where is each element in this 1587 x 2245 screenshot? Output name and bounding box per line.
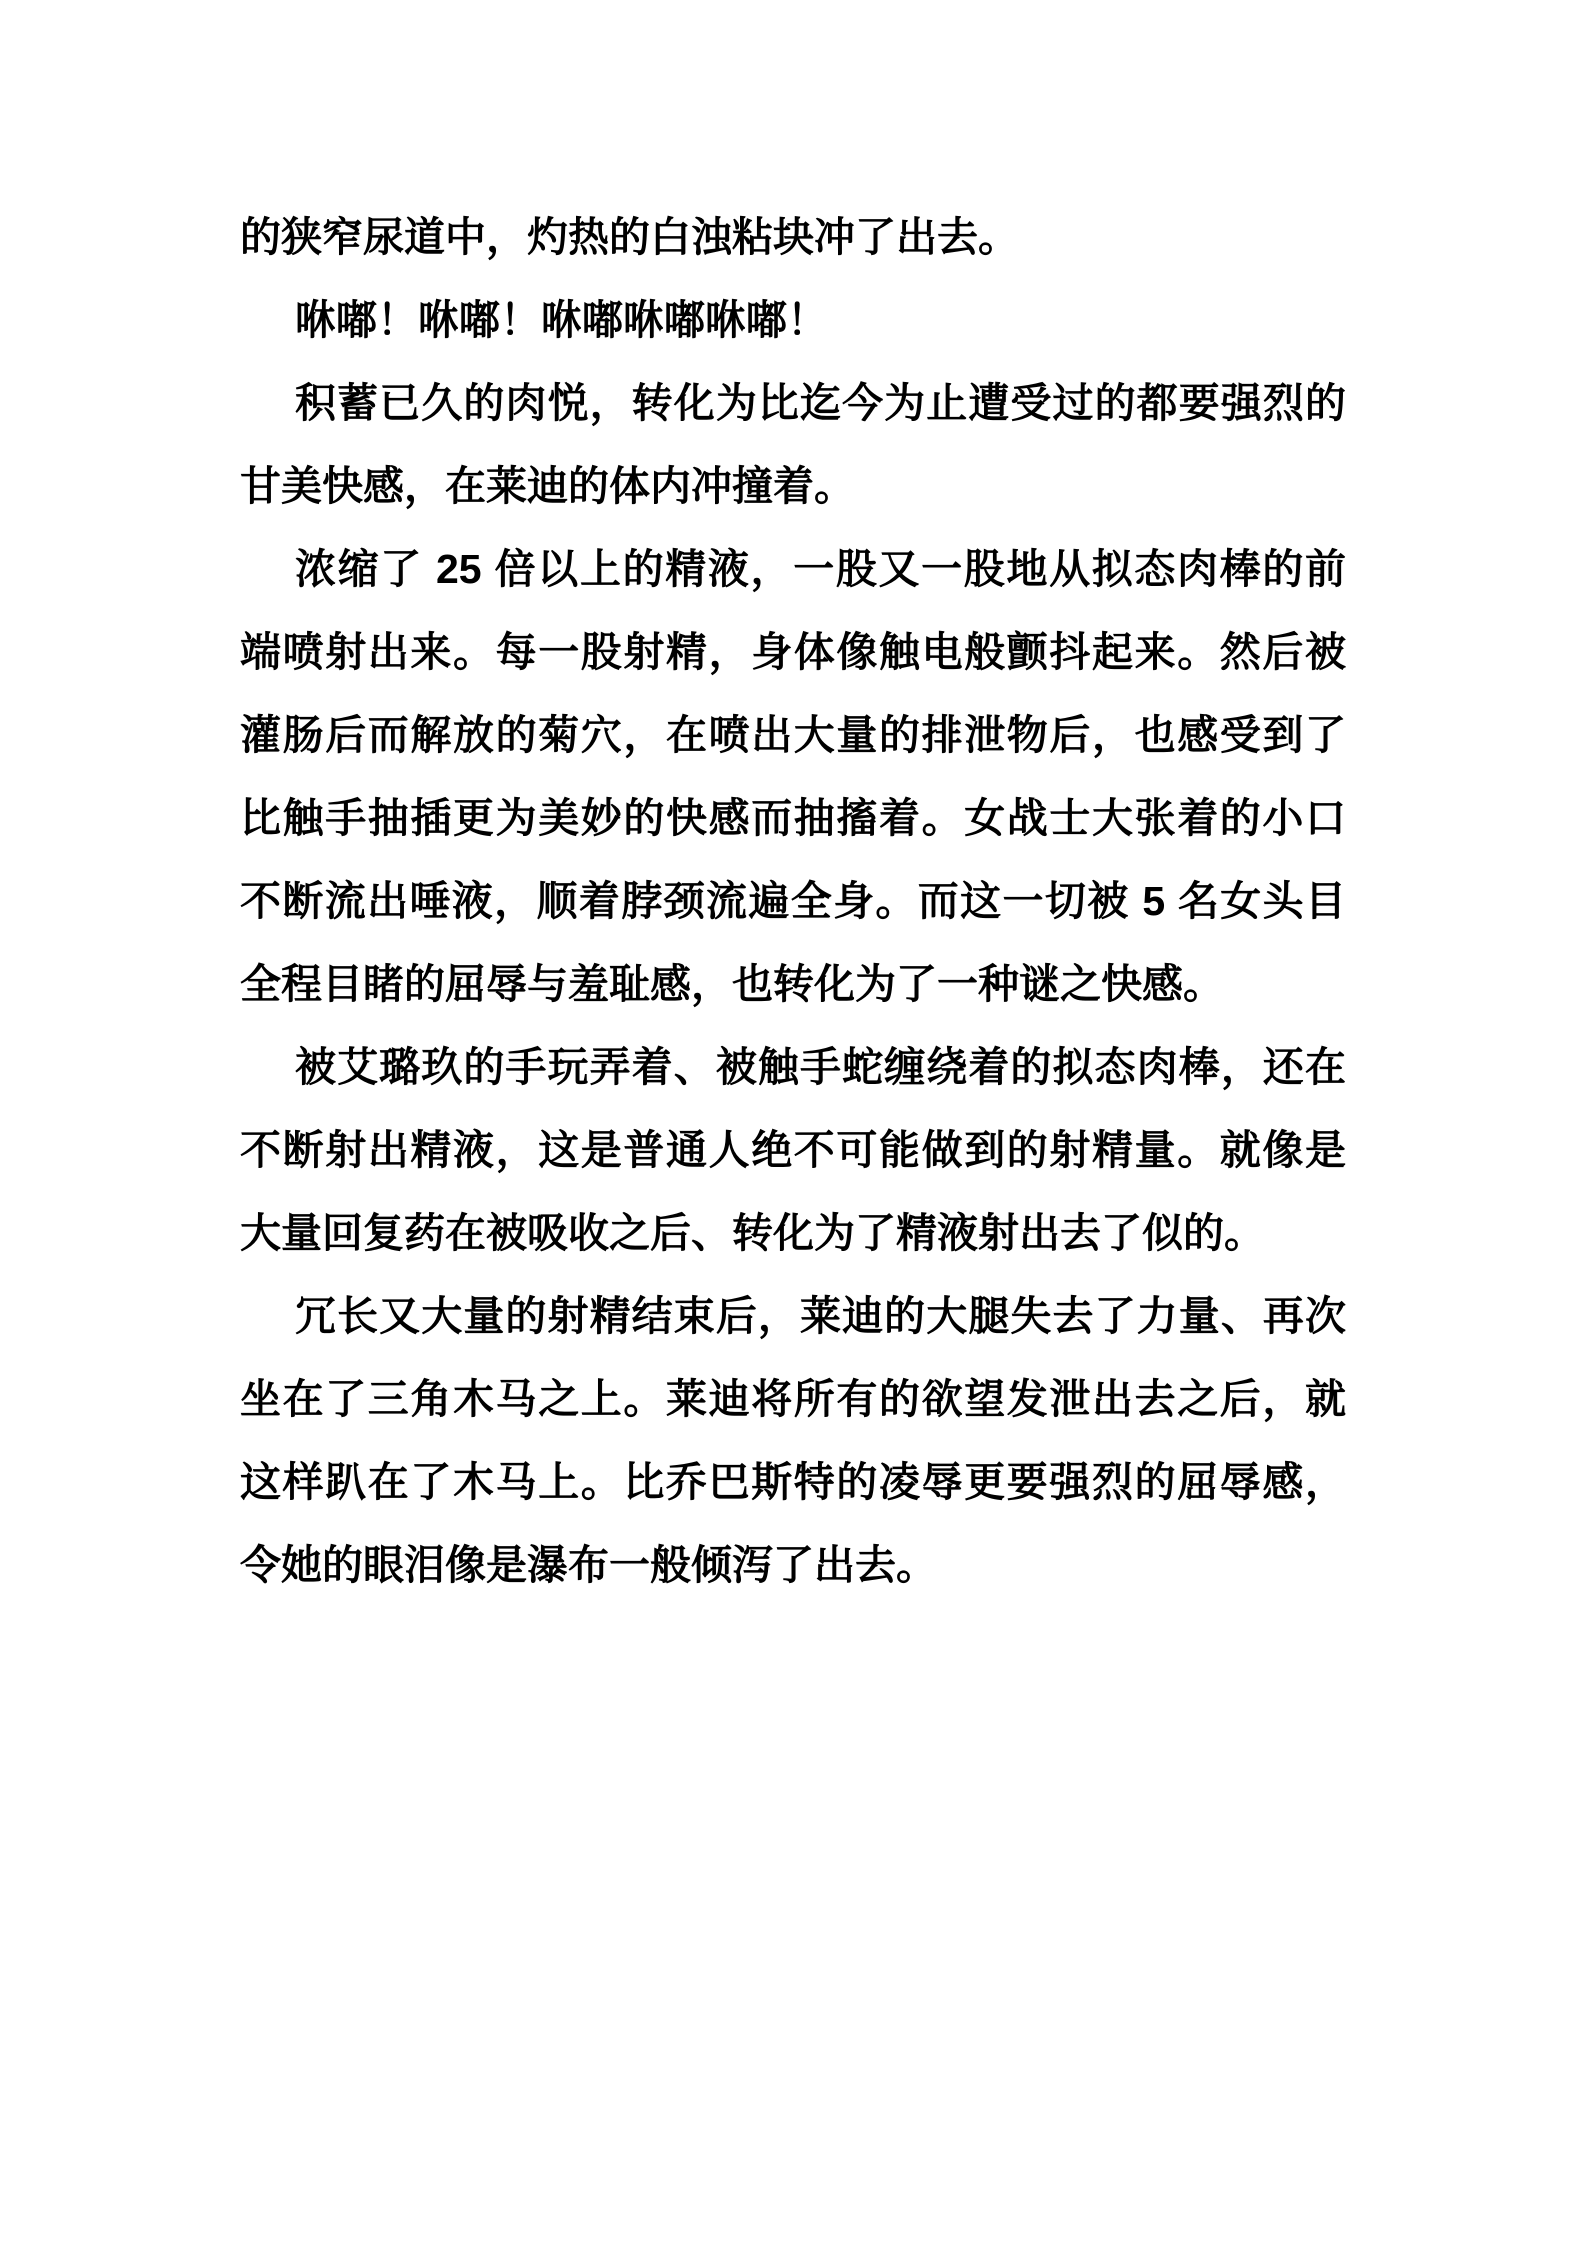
paragraph-5: 冗长又大量的射精结束后，莱迪的大腿失去了力量、再次坐在了三角木马之上。莱迪将所有… <box>240 1275 1346 1607</box>
paragraph-continuation: 的狭窄尿道中，灼热的白浊粘块冲了出去。 <box>240 196 1346 279</box>
document-text: 的狭窄尿道中，灼热的白浊粘块冲了出去。 咻嘟！咻嘟！咻嘟咻嘟咻嘟！ 积蓄已久的肉… <box>240 196 1346 1607</box>
paragraph-sfx: 咻嘟！咻嘟！咻嘟咻嘟咻嘟！ <box>240 279 1346 362</box>
document-page: 的狭窄尿道中，灼热的白浊粘块冲了出去。 咻嘟！咻嘟！咻嘟咻嘟咻嘟！ 积蓄已久的肉… <box>0 0 1587 2245</box>
paragraph-4: 被艾璐玖的手玩弄着、被触手蛇缠绕着的拟态肉棒，还在不断射出精液，这是普通人绝不可… <box>240 1026 1346 1275</box>
paragraph-2: 积蓄已久的肉悦，转化为比迄今为止遭受过的都要强烈的甘美快感，在莱迪的体内冲撞着。 <box>240 362 1346 528</box>
paragraph-3: 浓缩了 25 倍以上的精液，一股又一股地从拟态肉棒的前端喷射出来。每一股射精，身… <box>240 528 1346 1026</box>
